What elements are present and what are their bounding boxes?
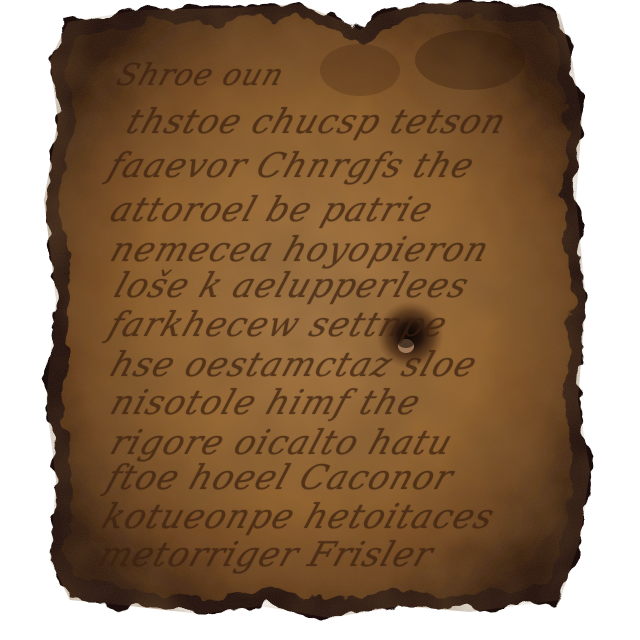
handwriting-line: ftoe hoeel Caconor [102,458,459,498]
handwriting-line: nisotole himf the [106,383,427,423]
burnt-parchment-scene: Shroe oun thstoe chucsp tetson faaevor C… [0,0,640,640]
handwriting-block: Shroe oun thstoe chucsp tetson faaevor C… [0,0,640,640]
handwriting-line: rigore oicalto hatu [106,423,459,463]
handwriting-line: loše k aelupperlees [110,266,475,306]
handwriting-line: Shroe oun [112,58,289,93]
handwriting-line: farkhecew settnpe [104,305,453,345]
handwriting-line: kotueonpe hetoitaces [98,497,500,537]
handwriting-line: thstoe chucsp tetson [122,102,512,142]
handwriting-line: metorriger Frisler [94,535,439,575]
handwriting-line: faaevor Chnrgfs the [104,146,480,186]
handwriting-line: nemecea hoyopieron [106,230,495,270]
handwriting-line: hse oestamctaz sloe [106,345,483,385]
handwriting-line: attoroel be patrie [106,190,439,230]
